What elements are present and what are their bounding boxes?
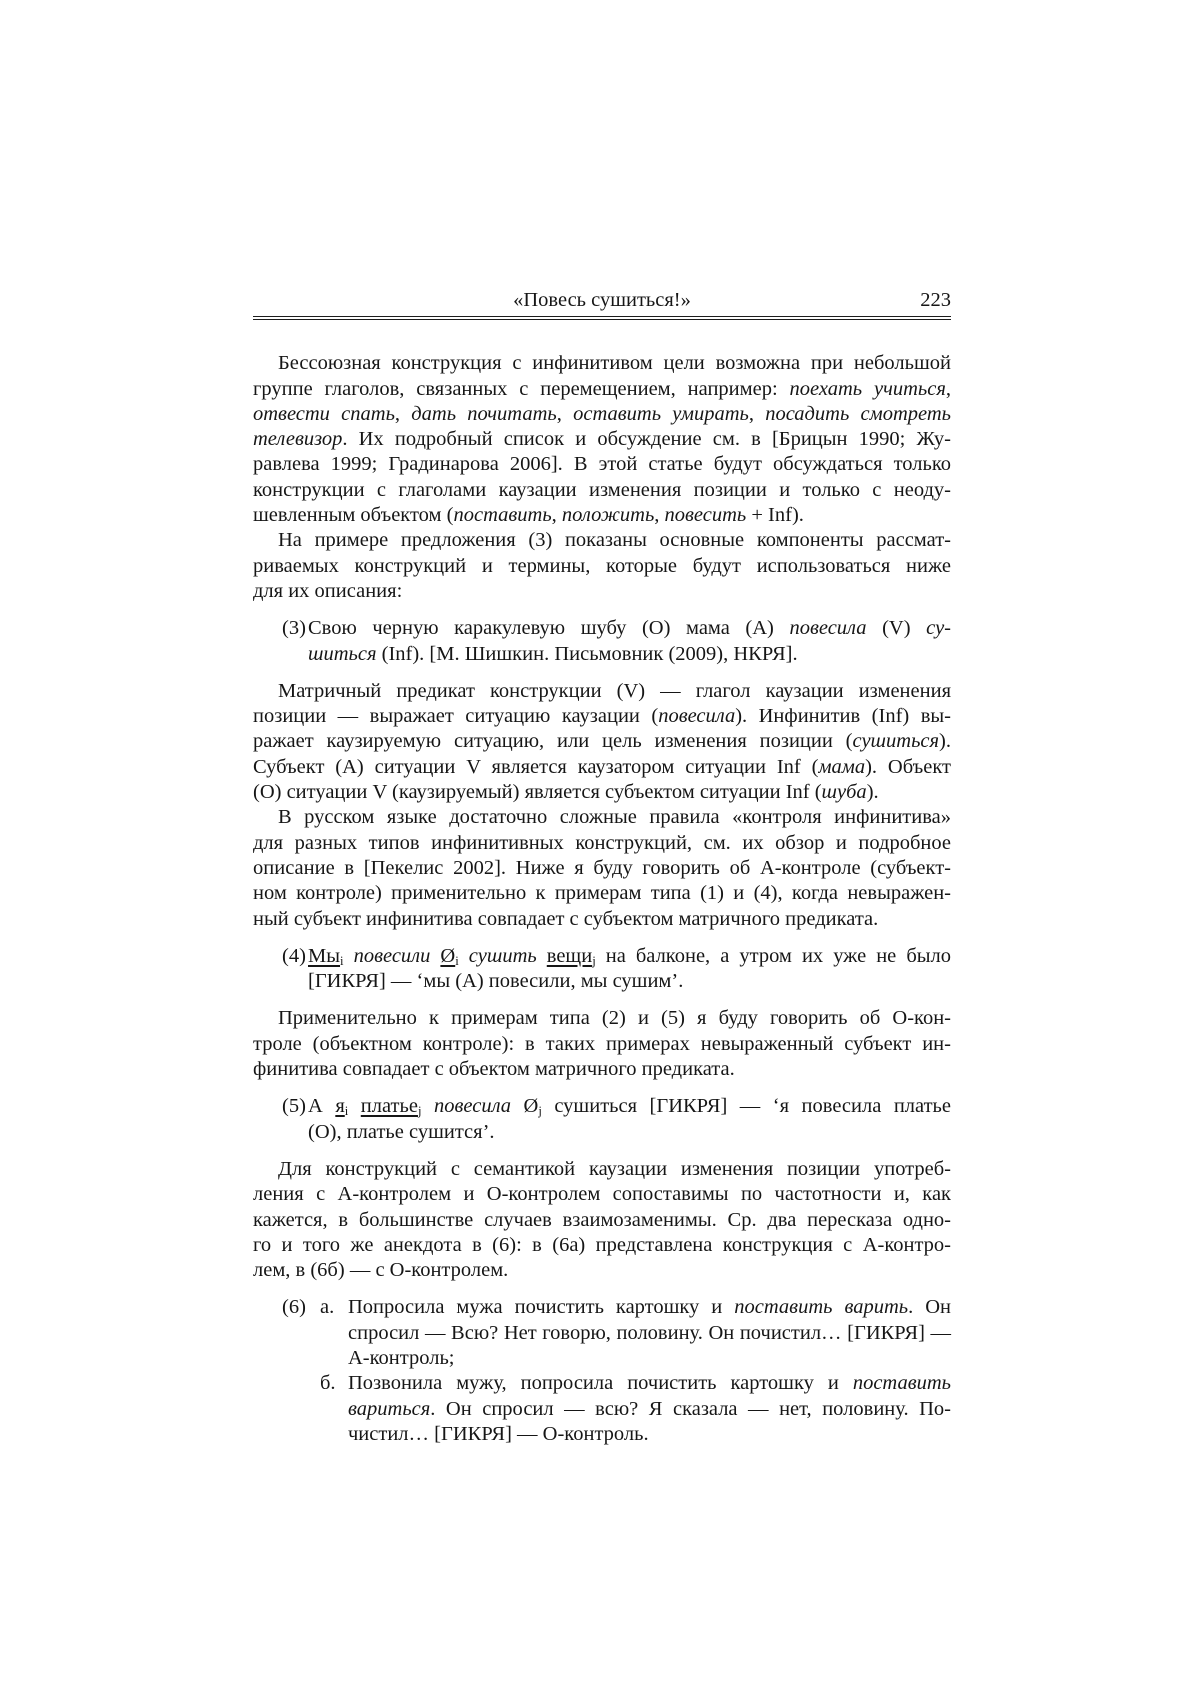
text-segment: сушить: [469, 945, 537, 967]
numbered-example: (6)а.Попросила мужа почистить картошку и…: [253, 1295, 951, 1447]
text-segment: Позвонила мужу, попросила почистить карт…: [348, 1372, 853, 1394]
text-segment: сушиться [ГИКРЯ] — ‘я повесила платье: [542, 1095, 951, 1117]
text-line: лем, в (6б) — с О-контролем.: [253, 1258, 951, 1283]
text-line: (О) ситуации V (каузируемый) является су…: [253, 780, 951, 805]
text-segment: [422, 1095, 435, 1117]
text-segment: поставить: [453, 504, 551, 526]
text-line: троле (объектном контроле): в таких прим…: [253, 1032, 951, 1057]
text-segment: (О) ситуации V (каузируемый) является су…: [253, 781, 822, 803]
text-line: чистил… [ГИКРЯ] — О-контроль.: [348, 1422, 951, 1447]
text-line: го и того же анекдота в (6): в (6а) пред…: [253, 1233, 951, 1258]
text-line: А-контроль;: [348, 1346, 951, 1371]
text-segment: для их описания:: [253, 580, 402, 602]
text-segment: ражает каузируемую ситуацию, или цель из…: [253, 730, 853, 752]
text-segment: повесила: [658, 705, 735, 727]
text-line: ный субъект инфинитива совпадает с субъе…: [253, 907, 951, 932]
text-line: риваемых конструкций и термины, которые …: [253, 554, 951, 579]
text-segment: Ø: [440, 945, 455, 967]
text-segment: На примере предложения (3) показаны осно…: [278, 529, 951, 551]
text-segment: кажется, в большинстве случаев взаимозам…: [253, 1209, 951, 1231]
text-segment: я: [335, 1095, 344, 1117]
text-segment: Матричный предикат конструкции (V) — гла…: [278, 680, 951, 702]
example-number: (4): [282, 944, 306, 969]
text-segment: су-: [926, 617, 951, 639]
text-segment: [ГИКРЯ] — ‘мы (А) повесили, мы сушим’.: [308, 970, 683, 992]
paragraph: Применительно к примерам типа (2) и (5) …: [253, 1006, 951, 1082]
text-segment: описание в [Пекелис 2002]. Ниже я буду г…: [253, 857, 951, 879]
text-segment: ,: [557, 403, 573, 425]
text-line: А яi платьеj повесила Øj сушиться [ГИКРЯ…: [308, 1094, 951, 1119]
text-segment: повесили: [354, 945, 431, 967]
text-segment: лем, в (6б) — с О-контролем.: [253, 1259, 508, 1281]
text-line: Для конструкций с семантикой каузации из…: [253, 1157, 951, 1182]
text-segment: позиции — выражает ситуацию каузации (: [253, 705, 658, 727]
text-segment: повесила: [434, 1095, 511, 1117]
paragraph: Для конструкций с семантикой каузации из…: [253, 1157, 951, 1283]
text-segment: [537, 945, 547, 967]
text-segment: Бессоюзная конструкция с инфинитивом цел…: [278, 352, 951, 374]
text-segment: (О), платье сушится’.: [308, 1121, 495, 1143]
text-segment: Для конструкций с семантикой каузации из…: [278, 1158, 951, 1180]
content: Бессоюзная конструкция с инфинитивом цел…: [253, 351, 951, 1447]
text-segment: отвести спать: [253, 403, 395, 425]
text-segment: ном контроле) применительно к примерам т…: [253, 882, 951, 904]
text-segment: сушиться: [853, 730, 940, 752]
text-line: спросил — Всю? Нет говорю, половину. Он …: [348, 1321, 951, 1346]
text-segment: троле (объектном контроле): в таких прим…: [253, 1033, 951, 1055]
text-segment: А: [308, 1095, 335, 1117]
text-line: кажется, в большинстве случаев взаимозам…: [253, 1208, 951, 1233]
text-line: описание в [Пекелис 2002]. Ниже я буду г…: [253, 856, 951, 881]
numbered-example: (4)Мыi повесили Øi сушить вещиj на балко…: [253, 944, 951, 995]
text-segment: Мы: [308, 945, 340, 967]
text-segment: чистил… [ГИКРЯ] — О-контроль.: [348, 1423, 649, 1445]
text-segment: [344, 945, 354, 967]
text-segment: [348, 1095, 361, 1117]
text-line: отвести спать, дать почитать, оставить у…: [253, 402, 951, 427]
text-segment: равлева 1999; Градинарова 2006]. В этой …: [253, 453, 951, 475]
text-line: группе глаголов, связанных с перемещение…: [253, 377, 951, 402]
text-segment: ).: [939, 730, 951, 752]
text-segment: ,: [749, 403, 765, 425]
text-segment: шевленным объектом (: [253, 504, 453, 526]
text-line: Матричный предикат конструкции (V) — гла…: [253, 679, 951, 704]
text-segment: шиться: [308, 643, 377, 665]
paragraph: Матричный предикат конструкции (V) — гла…: [253, 679, 951, 805]
example-subitem-label: б.: [320, 1371, 336, 1396]
example-number: (5): [282, 1094, 306, 1119]
text-segment: вещи: [547, 945, 592, 967]
example-number: (6): [282, 1295, 306, 1320]
text-segment: повесить: [665, 504, 747, 526]
page-header: «Повесь сушиться!» 223: [253, 288, 951, 313]
text-segment: Ø: [511, 1095, 538, 1117]
text-segment: . Их подробный список и обсуждение см. в…: [342, 428, 951, 450]
paragraph: В русском языке достаточно сложные прави…: [253, 805, 951, 931]
text-column: «Повесь сушиться!» 223 Бессоюзная констр…: [253, 288, 951, 1459]
text-segment: ления с А-контролем и О-контролем сопост…: [253, 1183, 951, 1205]
running-title: «Повесь сушиться!»: [513, 289, 691, 311]
text-segment: ,: [552, 504, 562, 526]
example-subitem: а.Попросила мужа почистить картошку и по…: [348, 1295, 951, 1371]
header-rule: [253, 316, 951, 320]
text-line: ном контроле) применительно к примерам т…: [253, 881, 951, 906]
text-line: шиться (Inf). [М. Шишкин. Письмовник (20…: [308, 642, 951, 667]
text-line: финитива совпадает с объектом матричного…: [253, 1057, 951, 1082]
text-line: Попросила мужа почистить картошку и пост…: [348, 1295, 951, 1320]
text-line: Применительно к примерам типа (2) и (5) …: [253, 1006, 951, 1031]
text-segment: финитива совпадает с объектом матричного…: [253, 1058, 735, 1080]
text-line: ления с А-контролем и О-контролем сопост…: [253, 1182, 951, 1207]
text-segment: ный субъект инфинитива совпадает с субъе…: [253, 908, 878, 930]
text-line: конструкции с глаголами каузации изменен…: [253, 478, 951, 503]
page-number: 223: [920, 288, 951, 313]
text-segment: ). Инфинитив (Inf) вы-: [735, 705, 951, 727]
text-line: ражает каузируемую ситуацию, или цель из…: [253, 729, 951, 754]
example-number: (3): [282, 616, 306, 641]
numbered-example: (5)А яi платьеj повесила Øj сушиться [ГИ…: [253, 1094, 951, 1145]
text-segment: (Inf). [М. Шишкин. Письмовник (2009), НК…: [377, 643, 798, 665]
text-line: (О), платье сушится’.: [308, 1120, 951, 1145]
text-segment: для разных типов инфинитивных конструкци…: [253, 832, 951, 854]
text-segment: ,: [395, 403, 411, 425]
text-segment: . Он: [908, 1296, 951, 1318]
text-segment: дать почитать: [411, 403, 556, 425]
text-segment: Свою черную каракулевую шубу (О) мама (А…: [308, 617, 789, 639]
text-segment: А-контроль;: [348, 1347, 454, 1369]
text-line: В русском языке достаточно сложные прави…: [253, 805, 951, 830]
text-segment: + Inf).: [746, 504, 804, 526]
text-line: вариться. Он спросил — всю? Я сказала — …: [348, 1397, 951, 1422]
text-line: шевленным объектом (поставить, положить,…: [253, 503, 951, 528]
text-segment: группе глаголов, связанных с перемещение…: [253, 378, 790, 400]
text-line: На примере предложения (3) показаны осно…: [253, 528, 951, 553]
text-line: для их описания:: [253, 579, 951, 604]
paragraph: На примере предложения (3) показаны осно…: [253, 528, 951, 604]
text-line: Позвонила мужу, попросила почистить карт…: [348, 1371, 951, 1396]
text-segment: поставить: [853, 1372, 951, 1394]
text-segment: вариться: [348, 1398, 430, 1420]
text-segment: на балконе, а утром их уже не было: [596, 945, 951, 967]
text-segment: конструкции с глаголами каузации изменен…: [253, 479, 951, 501]
numbered-example: (3)Свою черную каракулевую шубу (О) мама…: [253, 616, 951, 667]
text-segment: ).: [867, 781, 879, 803]
text-line: позиции — выражает ситуацию каузации (по…: [253, 704, 951, 729]
text-segment: Попросила мужа почистить картошку и: [348, 1296, 734, 1318]
text-segment: ,: [946, 378, 951, 400]
text-segment: поставить варить: [734, 1296, 908, 1318]
text-segment: шуба: [822, 781, 867, 803]
text-segment: В русском языке достаточно сложные прави…: [278, 806, 951, 828]
text-segment: повесила: [789, 617, 866, 639]
text-segment: Применительно к примерам типа (2) и (5) …: [278, 1007, 951, 1029]
text-segment: оставить умирать: [573, 403, 749, 425]
paragraph: Бессоюзная конструкция с инфинитивом цел…: [253, 351, 951, 528]
text-segment: посадить смотреть: [765, 403, 951, 425]
text-segment: мама: [818, 756, 865, 778]
text-segment: ). Объект: [865, 756, 951, 778]
text-segment: [459, 945, 469, 967]
text-segment: положить: [562, 504, 654, 526]
text-segment: спросил — Всю? Нет говорю, половину. Он …: [348, 1322, 951, 1344]
example-subitem: б.Позвонила мужу, попросила почистить ка…: [348, 1371, 951, 1447]
text-segment: платье: [361, 1095, 418, 1117]
text-segment: Субъект (А) ситуации V является каузатор…: [253, 756, 818, 778]
text-line: Бессоюзная конструкция с инфинитивом цел…: [253, 351, 951, 376]
text-line: телевизор. Их подробный список и обсужде…: [253, 427, 951, 452]
text-line: Свою черную каракулевую шубу (О) мама (А…: [308, 616, 951, 641]
text-segment: [430, 945, 440, 967]
journal-page: «Повесь сушиться!» 223 Бессоюзная констр…: [0, 0, 1200, 1698]
example-subitem-label: а.: [320, 1295, 334, 1320]
text-segment: телевизор: [253, 428, 342, 450]
text-segment: поехать учиться: [790, 378, 946, 400]
text-line: Мыi повесили Øi сушить вещиj на балконе,…: [308, 944, 951, 969]
text-segment: ,: [654, 504, 664, 526]
text-segment: риваемых конструкций и термины, которые …: [253, 555, 951, 577]
text-line: для разных типов инфинитивных конструкци…: [253, 831, 951, 856]
text-segment: (V): [866, 617, 926, 639]
text-line: Субъект (А) ситуации V является каузатор…: [253, 755, 951, 780]
text-segment: . Он спросил — всю? Я сказала — нет, пол…: [430, 1398, 951, 1420]
text-segment: го и того же анекдота в (6): в (6а) пред…: [253, 1234, 951, 1256]
text-line: [ГИКРЯ] — ‘мы (А) повесили, мы сушим’.: [308, 969, 951, 994]
text-segment: j: [418, 1104, 422, 1118]
text-line: равлева 1999; Градинарова 2006]. В этой …: [253, 452, 951, 477]
